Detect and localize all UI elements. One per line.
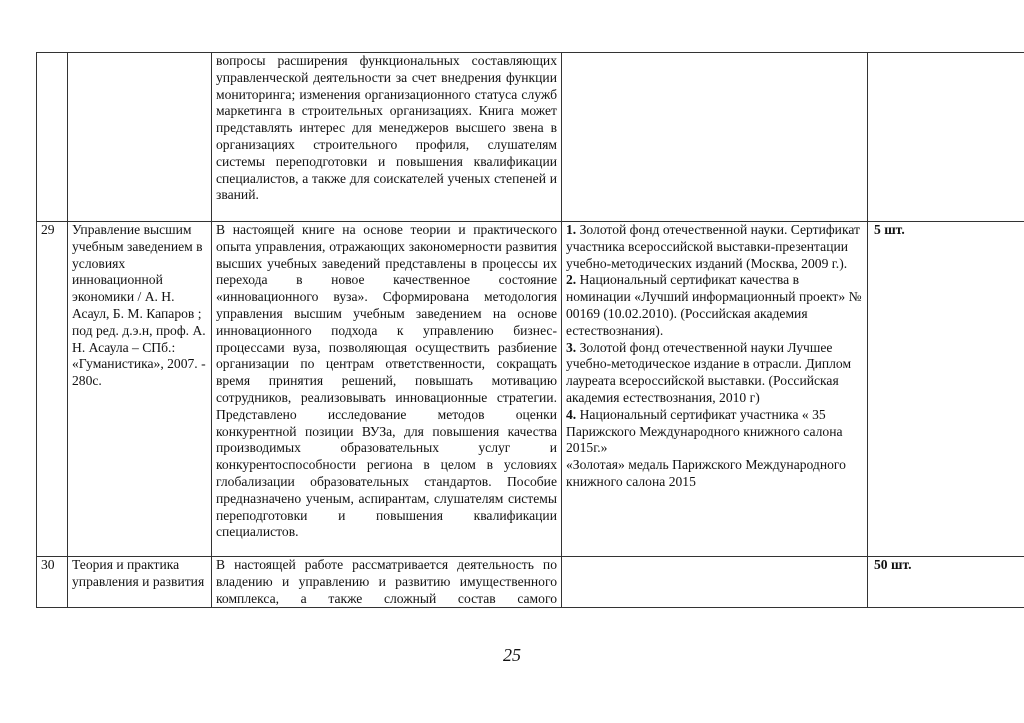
row-number-cell: 30 xyxy=(37,557,68,608)
quantity-cell: 50 шт. xyxy=(868,557,1024,608)
awards-cell: 1. Золотой фонд отечественной науки. Сер… xyxy=(562,222,868,557)
row-number-cell xyxy=(37,53,68,222)
awards-cell xyxy=(562,53,868,222)
title-cell: Управление высшим учебным заведением в у… xyxy=(68,222,212,557)
publications-table: вопросы расширения функциональных состав… xyxy=(36,52,1024,608)
award-item: 4. Национальный сертификат участника « 3… xyxy=(566,407,863,457)
award-item: 3. Золотой фонд отечественной науки Лучш… xyxy=(566,340,863,407)
awards-cell xyxy=(562,557,868,608)
description-cell: вопросы расширения функциональных состав… xyxy=(212,53,562,222)
title-cell: Теория и практика управления и развития xyxy=(68,557,212,608)
row-number-cell: 29 xyxy=(37,222,68,557)
table-row: 29 Управление высшим учебным заведением … xyxy=(37,222,1024,557)
award-item: 2. Национальный сертификат качества в но… xyxy=(566,272,863,339)
title-cell xyxy=(68,53,212,222)
award-item: 1. Золотой фонд отечественной науки. Сер… xyxy=(566,222,863,272)
quantity-cell xyxy=(868,53,1024,222)
table-row: вопросы расширения функциональных состав… xyxy=(37,53,1024,222)
quantity-cell: 5 шт. xyxy=(868,222,1024,557)
table-row: 30 Теория и практика управления и развит… xyxy=(37,557,1024,608)
description-cell: В настоящей работе рассматривается деяте… xyxy=(212,557,562,608)
description-cell: В настоящей книге на основе теории и пра… xyxy=(212,222,562,557)
page-number: 25 xyxy=(0,645,1024,666)
award-item: «Золотая» медаль Парижского Международно… xyxy=(566,457,863,491)
